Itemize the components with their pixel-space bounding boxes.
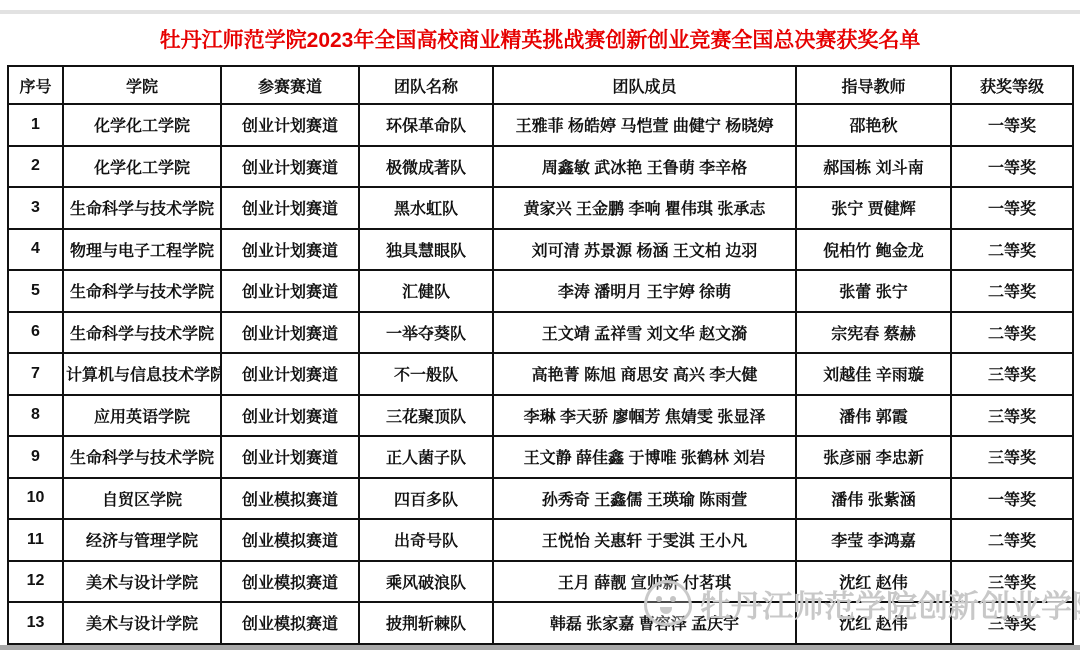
- table-row: 5生命科学与技术学院创业计划赛道汇健队李涛 潘明月 王宇婷 徐萌张蕾 张宁二等奖: [8, 270, 1073, 312]
- members-cell: 王文靖 孟祥雪 刘文华 赵文漪: [493, 312, 796, 354]
- row-index-cell: 5: [8, 270, 63, 312]
- college-cell: 生命科学与技术学院: [63, 436, 221, 478]
- members-cell: 李涛 潘明月 王宇婷 徐萌: [493, 270, 796, 312]
- track-cell: 创业计划赛道: [221, 312, 359, 354]
- team-name-cell: 不一般队: [359, 353, 493, 395]
- row-index-cell: 7: [8, 353, 63, 395]
- team-name-cell: 三花聚顶队: [359, 395, 493, 437]
- award-cell: 一等奖: [951, 478, 1073, 520]
- row-index-cell: 13: [8, 602, 63, 644]
- table-row: 7计算机与信息技术学院创业计划赛道不一般队高艳菁 陈旭 商思安 高兴 李大健刘越…: [8, 353, 1073, 395]
- members-cell: 高艳菁 陈旭 商思安 高兴 李大健: [493, 353, 796, 395]
- track-cell: 创业计划赛道: [221, 187, 359, 229]
- col-header-college: 学院: [63, 66, 221, 104]
- track-cell: 创业模拟赛道: [221, 561, 359, 603]
- college-cell: 计算机与信息技术学院: [63, 353, 221, 395]
- award-cell: 三等奖: [951, 602, 1073, 644]
- college-cell: 美术与设计学院: [63, 561, 221, 603]
- track-cell: 创业计划赛道: [221, 395, 359, 437]
- table-row: 4物理与电子工程学院创业计划赛道独具慧眼队刘可清 苏景源 杨涵 王文柏 边羽倪柏…: [8, 229, 1073, 271]
- team-name-cell: 汇健队: [359, 270, 493, 312]
- members-cell: 孙秀奇 王鑫儒 王瑛瑜 陈雨萱: [493, 478, 796, 520]
- track-cell: 创业计划赛道: [221, 229, 359, 271]
- team-name-cell: 正人菌子队: [359, 436, 493, 478]
- advisors-cell: 潘伟 张紫涵: [796, 478, 951, 520]
- advisors-cell: 李莹 李鸿嘉: [796, 519, 951, 561]
- col-header-team: 团队名称: [359, 66, 493, 104]
- award-cell: 一等奖: [951, 104, 1073, 146]
- table-row: 12美术与设计学院创业模拟赛道乘风破浪队王月 薛靓 宣帅新 付茗琪沈红 赵伟三等…: [8, 561, 1073, 603]
- advisors-cell: 沈红 赵伟: [796, 561, 951, 603]
- award-cell: 三等奖: [951, 395, 1073, 437]
- award-table: 序号 学院 参赛赛道 团队名称 团队成员 指导教师 获奖等级 1化学化工学院创业…: [7, 65, 1074, 645]
- table-row: 8应用英语学院创业计划赛道三花聚顶队李琳 李天骄 廖帼芳 焦婧雯 张显泽潘伟 郭…: [8, 395, 1073, 437]
- track-cell: 创业模拟赛道: [221, 478, 359, 520]
- table-header-row: 序号 学院 参赛赛道 团队名称 团队成员 指导教师 获奖等级: [8, 66, 1073, 104]
- award-cell: 三等奖: [951, 353, 1073, 395]
- team-name-cell: 一举夺葵队: [359, 312, 493, 354]
- team-name-cell: 乘风破浪队: [359, 561, 493, 603]
- award-cell: 一等奖: [951, 187, 1073, 229]
- col-header-award: 获奖等级: [951, 66, 1073, 104]
- row-index-cell: 12: [8, 561, 63, 603]
- college-cell: 物理与电子工程学院: [63, 229, 221, 271]
- college-cell: 化学化工学院: [63, 104, 221, 146]
- table-body: 1化学化工学院创业计划赛道环保革命队王雅菲 杨皓婷 马恺萱 曲健宁 杨晓婷邵艳秋…: [8, 104, 1073, 644]
- college-cell: 生命科学与技术学院: [63, 187, 221, 229]
- table-row: 10自贸区学院创业模拟赛道四百多队孙秀奇 王鑫儒 王瑛瑜 陈雨萱潘伟 张紫涵一等…: [8, 478, 1073, 520]
- members-cell: 刘可清 苏景源 杨涵 王文柏 边羽: [493, 229, 796, 271]
- team-name-cell: 披荆斩棘队: [359, 602, 493, 644]
- row-index-cell: 2: [8, 146, 63, 188]
- table-row: 11经济与管理学院创业模拟赛道出奇号队王悦怡 关惠轩 于雯淇 王小凡李莹 李鸿嘉…: [8, 519, 1073, 561]
- members-cell: 周鑫敏 武冰艳 王鲁萌 李辛格: [493, 146, 796, 188]
- team-name-cell: 极微成著队: [359, 146, 493, 188]
- table-row: 1化学化工学院创业计划赛道环保革命队王雅菲 杨皓婷 马恺萱 曲健宁 杨晓婷邵艳秋…: [8, 104, 1073, 146]
- track-cell: 创业计划赛道: [221, 270, 359, 312]
- members-cell: 王悦怡 关惠轩 于雯淇 王小凡: [493, 519, 796, 561]
- advisors-cell: 沈红 赵伟: [796, 602, 951, 644]
- advisors-cell: 张蕾 张宁: [796, 270, 951, 312]
- advisors-cell: 邵艳秋: [796, 104, 951, 146]
- row-index-cell: 11: [8, 519, 63, 561]
- track-cell: 创业计划赛道: [221, 353, 359, 395]
- members-cell: 王文静 薛佳鑫 于博唯 张鹤林 刘岩: [493, 436, 796, 478]
- page-title: 牡丹江师范学院2023年全国高校商业精英挑战赛创新创业竞赛全国总决赛获奖名单: [0, 27, 1080, 55]
- row-index-cell: 6: [8, 312, 63, 354]
- team-name-cell: 独具慧眼队: [359, 229, 493, 271]
- row-index-cell: 4: [8, 229, 63, 271]
- members-cell: 韩磊 张家嘉 曹容泽 孟庆宇: [493, 602, 796, 644]
- track-cell: 创业计划赛道: [221, 436, 359, 478]
- col-header-index: 序号: [8, 66, 63, 104]
- team-name-cell: 环保革命队: [359, 104, 493, 146]
- members-cell: 王月 薛靓 宣帅新 付茗琪: [493, 561, 796, 603]
- advisors-cell: 倪柏竹 鲍金龙: [796, 229, 951, 271]
- col-header-advisors: 指导教师: [796, 66, 951, 104]
- row-index-cell: 1: [8, 104, 63, 146]
- college-cell: 美术与设计学院: [63, 602, 221, 644]
- track-cell: 创业计划赛道: [221, 104, 359, 146]
- college-cell: 自贸区学院: [63, 478, 221, 520]
- award-cell: 三等奖: [951, 436, 1073, 478]
- award-cell: 二等奖: [951, 229, 1073, 271]
- college-cell: 经济与管理学院: [63, 519, 221, 561]
- team-name-cell: 出奇号队: [359, 519, 493, 561]
- college-cell: 生命科学与技术学院: [63, 312, 221, 354]
- top-divider: [0, 10, 1080, 14]
- award-cell: 二等奖: [951, 312, 1073, 354]
- advisors-cell: 郝国栋 刘斗南: [796, 146, 951, 188]
- table-row: 9生命科学与技术学院创业计划赛道正人菌子队王文静 薛佳鑫 于博唯 张鹤林 刘岩张…: [8, 436, 1073, 478]
- row-index-cell: 10: [8, 478, 63, 520]
- award-cell: 一等奖: [951, 146, 1073, 188]
- col-header-track: 参赛赛道: [221, 66, 359, 104]
- award-cell: 二等奖: [951, 270, 1073, 312]
- track-cell: 创业计划赛道: [221, 146, 359, 188]
- advisors-cell: 刘越佳 辛雨璇: [796, 353, 951, 395]
- team-name-cell: 四百多队: [359, 478, 493, 520]
- track-cell: 创业模拟赛道: [221, 602, 359, 644]
- team-name-cell: 黑水虹队: [359, 187, 493, 229]
- advisors-cell: 潘伟 郭霞: [796, 395, 951, 437]
- college-cell: 应用英语学院: [63, 395, 221, 437]
- award-cell: 三等奖: [951, 561, 1073, 603]
- row-index-cell: 3: [8, 187, 63, 229]
- col-header-members: 团队成员: [493, 66, 796, 104]
- bottom-divider: [0, 645, 1080, 650]
- members-cell: 黄家兴 王金鹏 李响 瞿伟琪 张承志: [493, 187, 796, 229]
- members-cell: 李琳 李天骄 廖帼芳 焦婧雯 张显泽: [493, 395, 796, 437]
- table-row: 13美术与设计学院创业模拟赛道披荆斩棘队韩磊 张家嘉 曹容泽 孟庆宇沈红 赵伟三…: [8, 602, 1073, 644]
- table-row: 6生命科学与技术学院创业计划赛道一举夺葵队王文靖 孟祥雪 刘文华 赵文漪宗宪春 …: [8, 312, 1073, 354]
- advisors-cell: 宗宪春 蔡赫: [796, 312, 951, 354]
- advisors-cell: 张宁 贾健辉: [796, 187, 951, 229]
- award-cell: 二等奖: [951, 519, 1073, 561]
- table-row: 2化学化工学院创业计划赛道极微成著队周鑫敏 武冰艳 王鲁萌 李辛格郝国栋 刘斗南…: [8, 146, 1073, 188]
- track-cell: 创业模拟赛道: [221, 519, 359, 561]
- members-cell: 王雅菲 杨皓婷 马恺萱 曲健宁 杨晓婷: [493, 104, 796, 146]
- college-cell: 生命科学与技术学院: [63, 270, 221, 312]
- row-index-cell: 8: [8, 395, 63, 437]
- college-cell: 化学化工学院: [63, 146, 221, 188]
- row-index-cell: 9: [8, 436, 63, 478]
- table-row: 3生命科学与技术学院创业计划赛道黑水虹队黄家兴 王金鹏 李响 瞿伟琪 张承志张宁…: [8, 187, 1073, 229]
- advisors-cell: 张彦丽 李忠新: [796, 436, 951, 478]
